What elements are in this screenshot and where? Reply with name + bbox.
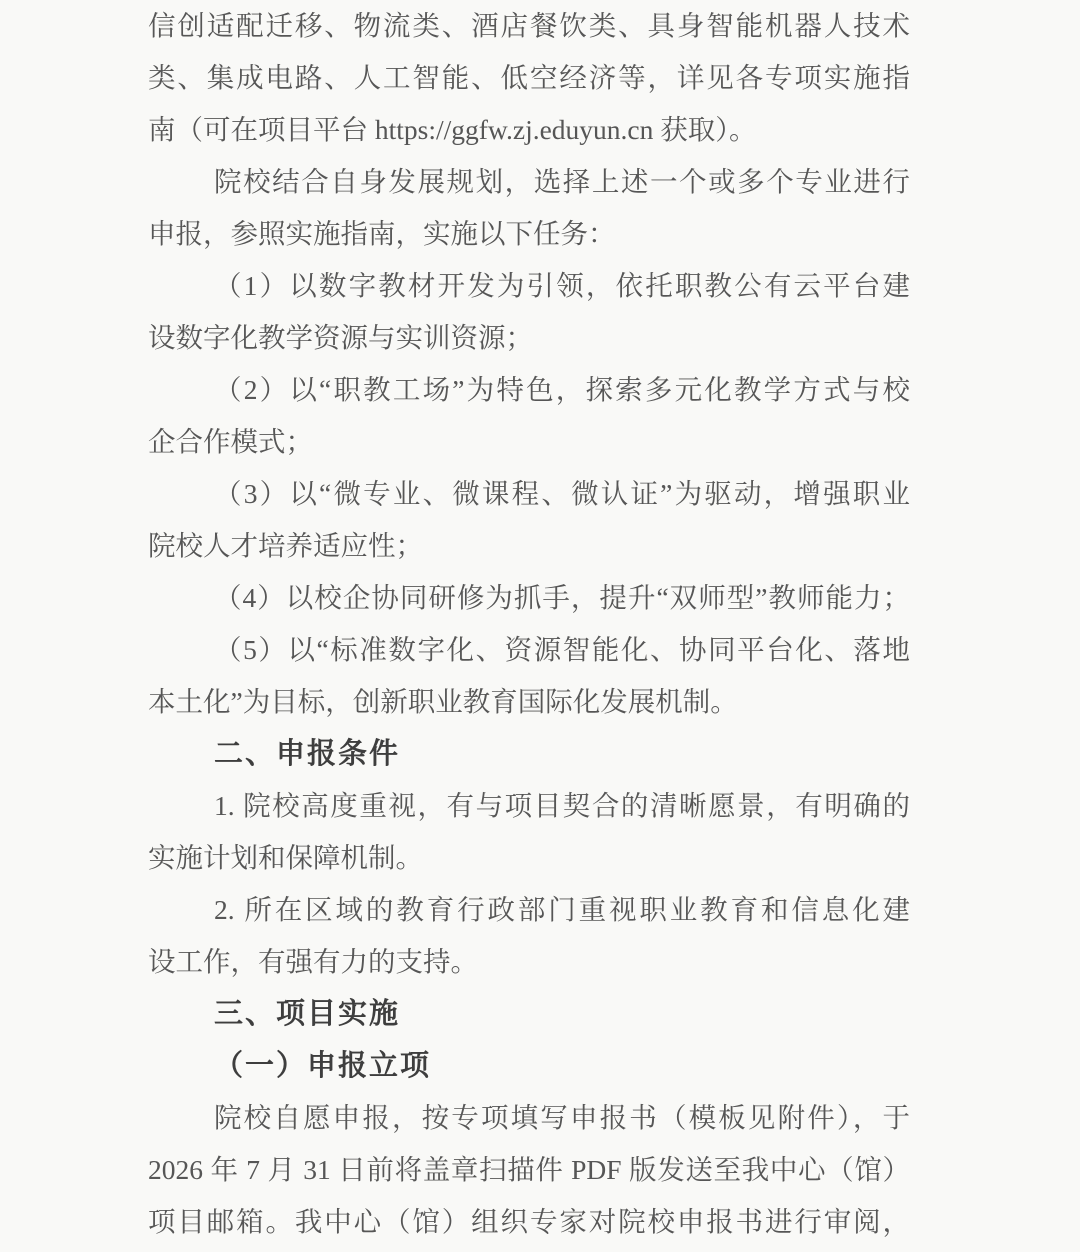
text-line: 类、集成电路、人工智能、低空经济等，详见各专项实施指 [148, 52, 910, 104]
text-line: 本土化”为目标，创新职业教育国际化发展机制。 [148, 676, 910, 728]
section-heading: 二、申报条件 [148, 728, 910, 780]
text-line: 三、项目实施 [148, 988, 910, 1040]
paragraph: 2. 所在区域的教育行政部门重视职业教育和信息化建设工作，有强有力的支持。 [148, 884, 910, 988]
text-line: 申报，参照实施指南，实施以下任务： [148, 208, 910, 260]
sub-section-heading: （一）申报立项 [148, 1040, 910, 1092]
text-line: 院校结合自身发展规划，选择上述一个或多个专业进行 [148, 156, 910, 208]
text-line: 设工作，有强有力的支持。 [148, 936, 910, 988]
text-line: （3）以“微专业、微课程、微认证”为驱动，增强职业 [148, 468, 910, 520]
text-line: 企合作模式； [148, 416, 910, 468]
paragraph: （4）以校企协同研修为抓手，提升“双师型”教师能力； [148, 572, 910, 624]
text-line: 二、申报条件 [148, 728, 910, 780]
text-line: 院校自愿申报，按专项填写申报书（模板见附件），于 [148, 1092, 910, 1144]
text-line: （1）以数字教材开发为引领，依托职教公有云平台建 [148, 260, 910, 312]
text-line: （4）以校企协同研修为抓手，提升“双师型”教师能力； [148, 572, 910, 624]
paragraph: （2）以“职教工场”为特色，探索多元化教学方式与校企合作模式； [148, 364, 910, 468]
text-line: 2. 所在区域的教育行政部门重视职业教育和信息化建 [148, 884, 910, 936]
text-line: 设数字化教学资源与实训资源； [148, 312, 910, 364]
text-line: 项目邮箱。我中心（馆）组织专家对院校申报书进行审阅， [148, 1196, 910, 1248]
text-line: （5）以“标准数字化、资源智能化、协同平台化、落地 [148, 624, 910, 676]
scanned-document-page: { "page": { "colors": { "background": "#… [0, 0, 1080, 1252]
paragraph: 信创适配迁移、物流类、酒店餐饮类、具身智能机器人技术类、集成电路、人工智能、低空… [148, 0, 910, 156]
text-line: （一）申报立项 [148, 1040, 910, 1092]
paragraph: 院校结合自身发展规划，选择上述一个或多个专业进行申报，参照实施指南，实施以下任务… [148, 156, 910, 260]
paragraph: 院校自愿申报，按专项填写申报书（模板见附件），于2026 年 7 月 31 日前… [148, 1092, 910, 1248]
text-line: 1. 院校高度重视，有与项目契合的清晰愿景，有明确的 [148, 780, 910, 832]
text-line: 信创适配迁移、物流类、酒店餐饮类、具身智能机器人技术 [148, 0, 910, 52]
text-line: 南（可在项目平台 https://ggfw.zj.eduyun.cn 获取）。 [148, 104, 910, 156]
text-line: 院校人才培养适应性； [148, 520, 910, 572]
text-line: 实施计划和保障机制。 [148, 832, 910, 884]
paragraph: （3）以“微专业、微课程、微认证”为驱动，增强职业院校人才培养适应性； [148, 468, 910, 572]
text-line: 2026 年 7 月 31 日前将盖章扫描件 PDF 版发送至我中心（馆） [148, 1144, 910, 1196]
paragraph: 1. 院校高度重视，有与项目契合的清晰愿景，有明确的实施计划和保障机制。 [148, 780, 910, 884]
section-heading: 三、项目实施 [148, 988, 910, 1040]
paragraph: （5）以“标准数字化、资源智能化、协同平台化、落地本土化”为目标，创新职业教育国… [148, 624, 910, 728]
text-line: （2）以“职教工场”为特色，探索多元化教学方式与校 [148, 364, 910, 416]
paragraph: （1）以数字教材开发为引领，依托职教公有云平台建设数字化教学资源与实训资源； [148, 260, 910, 364]
document-body: 信创适配迁移、物流类、酒店餐饮类、具身智能机器人技术类、集成电路、人工智能、低空… [148, 0, 910, 1248]
